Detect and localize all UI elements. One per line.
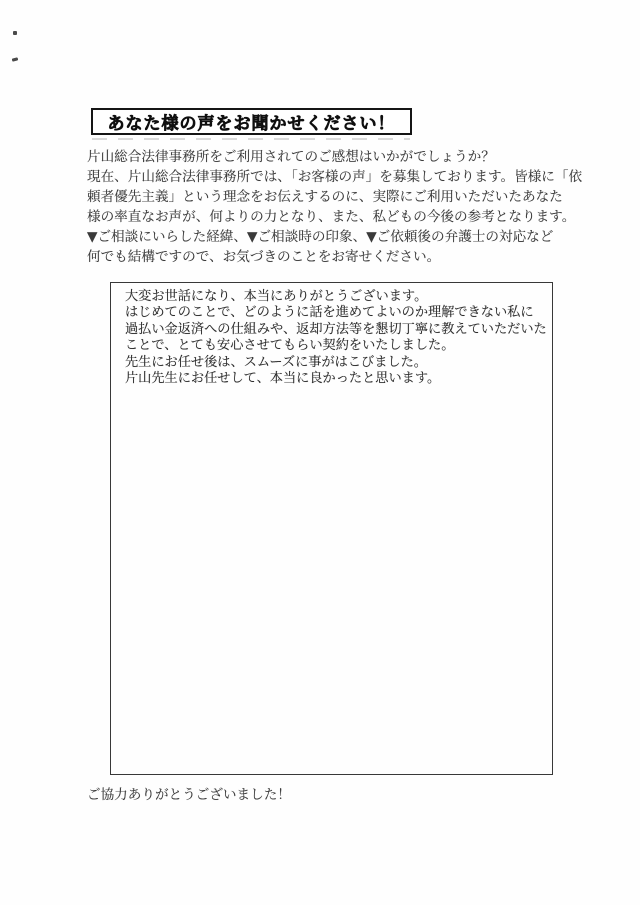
feedback-line: ことで、とても安心させてもらい契約をいたしました。 <box>125 338 547 354</box>
intro-line: 頼者優先主義」という理念をお伝えするのに、実際にご利用いただいたあなた <box>87 187 582 207</box>
scan-bleed-artifact <box>92 138 410 140</box>
intro-line: 片山総合法律事務所をご利用されてのご感想はいかがでしょうか？ <box>87 147 582 167</box>
intro-line: 何でも結構ですので、お気づきのことをお寄せください。 <box>87 247 582 267</box>
scanned-feedback-sheet: あなた様の声をお聞かせください！ 片山総合法律事務所をご利用されてのご感想はいか… <box>0 0 640 905</box>
feedback-line: 先生にお任せ後は、スムーズに事がはこびました。 <box>125 355 547 371</box>
feedback-text: 大変お世話になり、本当にありがとうございます。 はじめてのことで、どのように話を… <box>125 289 547 387</box>
intro-line: 現在、片山総合法律事務所では、「お客様の声」を募集しております。皆様に「依 <box>87 167 582 187</box>
intro-paragraph: 片山総合法律事務所をご利用されてのご感想はいかがでしょうか？ 現在、片山総合法律… <box>87 147 582 267</box>
intro-line: 様の率直なお声が、何よりの力となり、また、私どもの今後の参考となります。 <box>87 207 582 227</box>
header-banner: あなた様の声をお聞かせください！ <box>91 108 412 135</box>
scan-speck-icon <box>12 57 19 61</box>
scan-speck-icon <box>13 31 17 35</box>
feedback-line: 過払い金返済への仕組みや、返却方法等を懇切丁寧に教えていただいた <box>125 322 547 338</box>
page-title: あなた様の声をお聞かせください！ <box>108 109 396 134</box>
feedback-line: 片山先生にお任せして、本当に良かったと思います。 <box>125 371 547 387</box>
closing-note: ご協力ありがとうございました！ <box>87 783 291 803</box>
feedback-line: はじめてのことで、どのように話を進めてよいのか理解できない私に <box>125 305 547 321</box>
feedback-box: 大変お世話になり、本当にありがとうございます。 はじめてのことで、どのように話を… <box>110 282 553 775</box>
intro-line: ▼ご相談にいらした経緯、▼ご相談時の印象、▼ご依頼後の弁護士の対応など <box>87 227 582 247</box>
feedback-line: 大変お世話になり、本当にありがとうございます。 <box>125 289 547 305</box>
